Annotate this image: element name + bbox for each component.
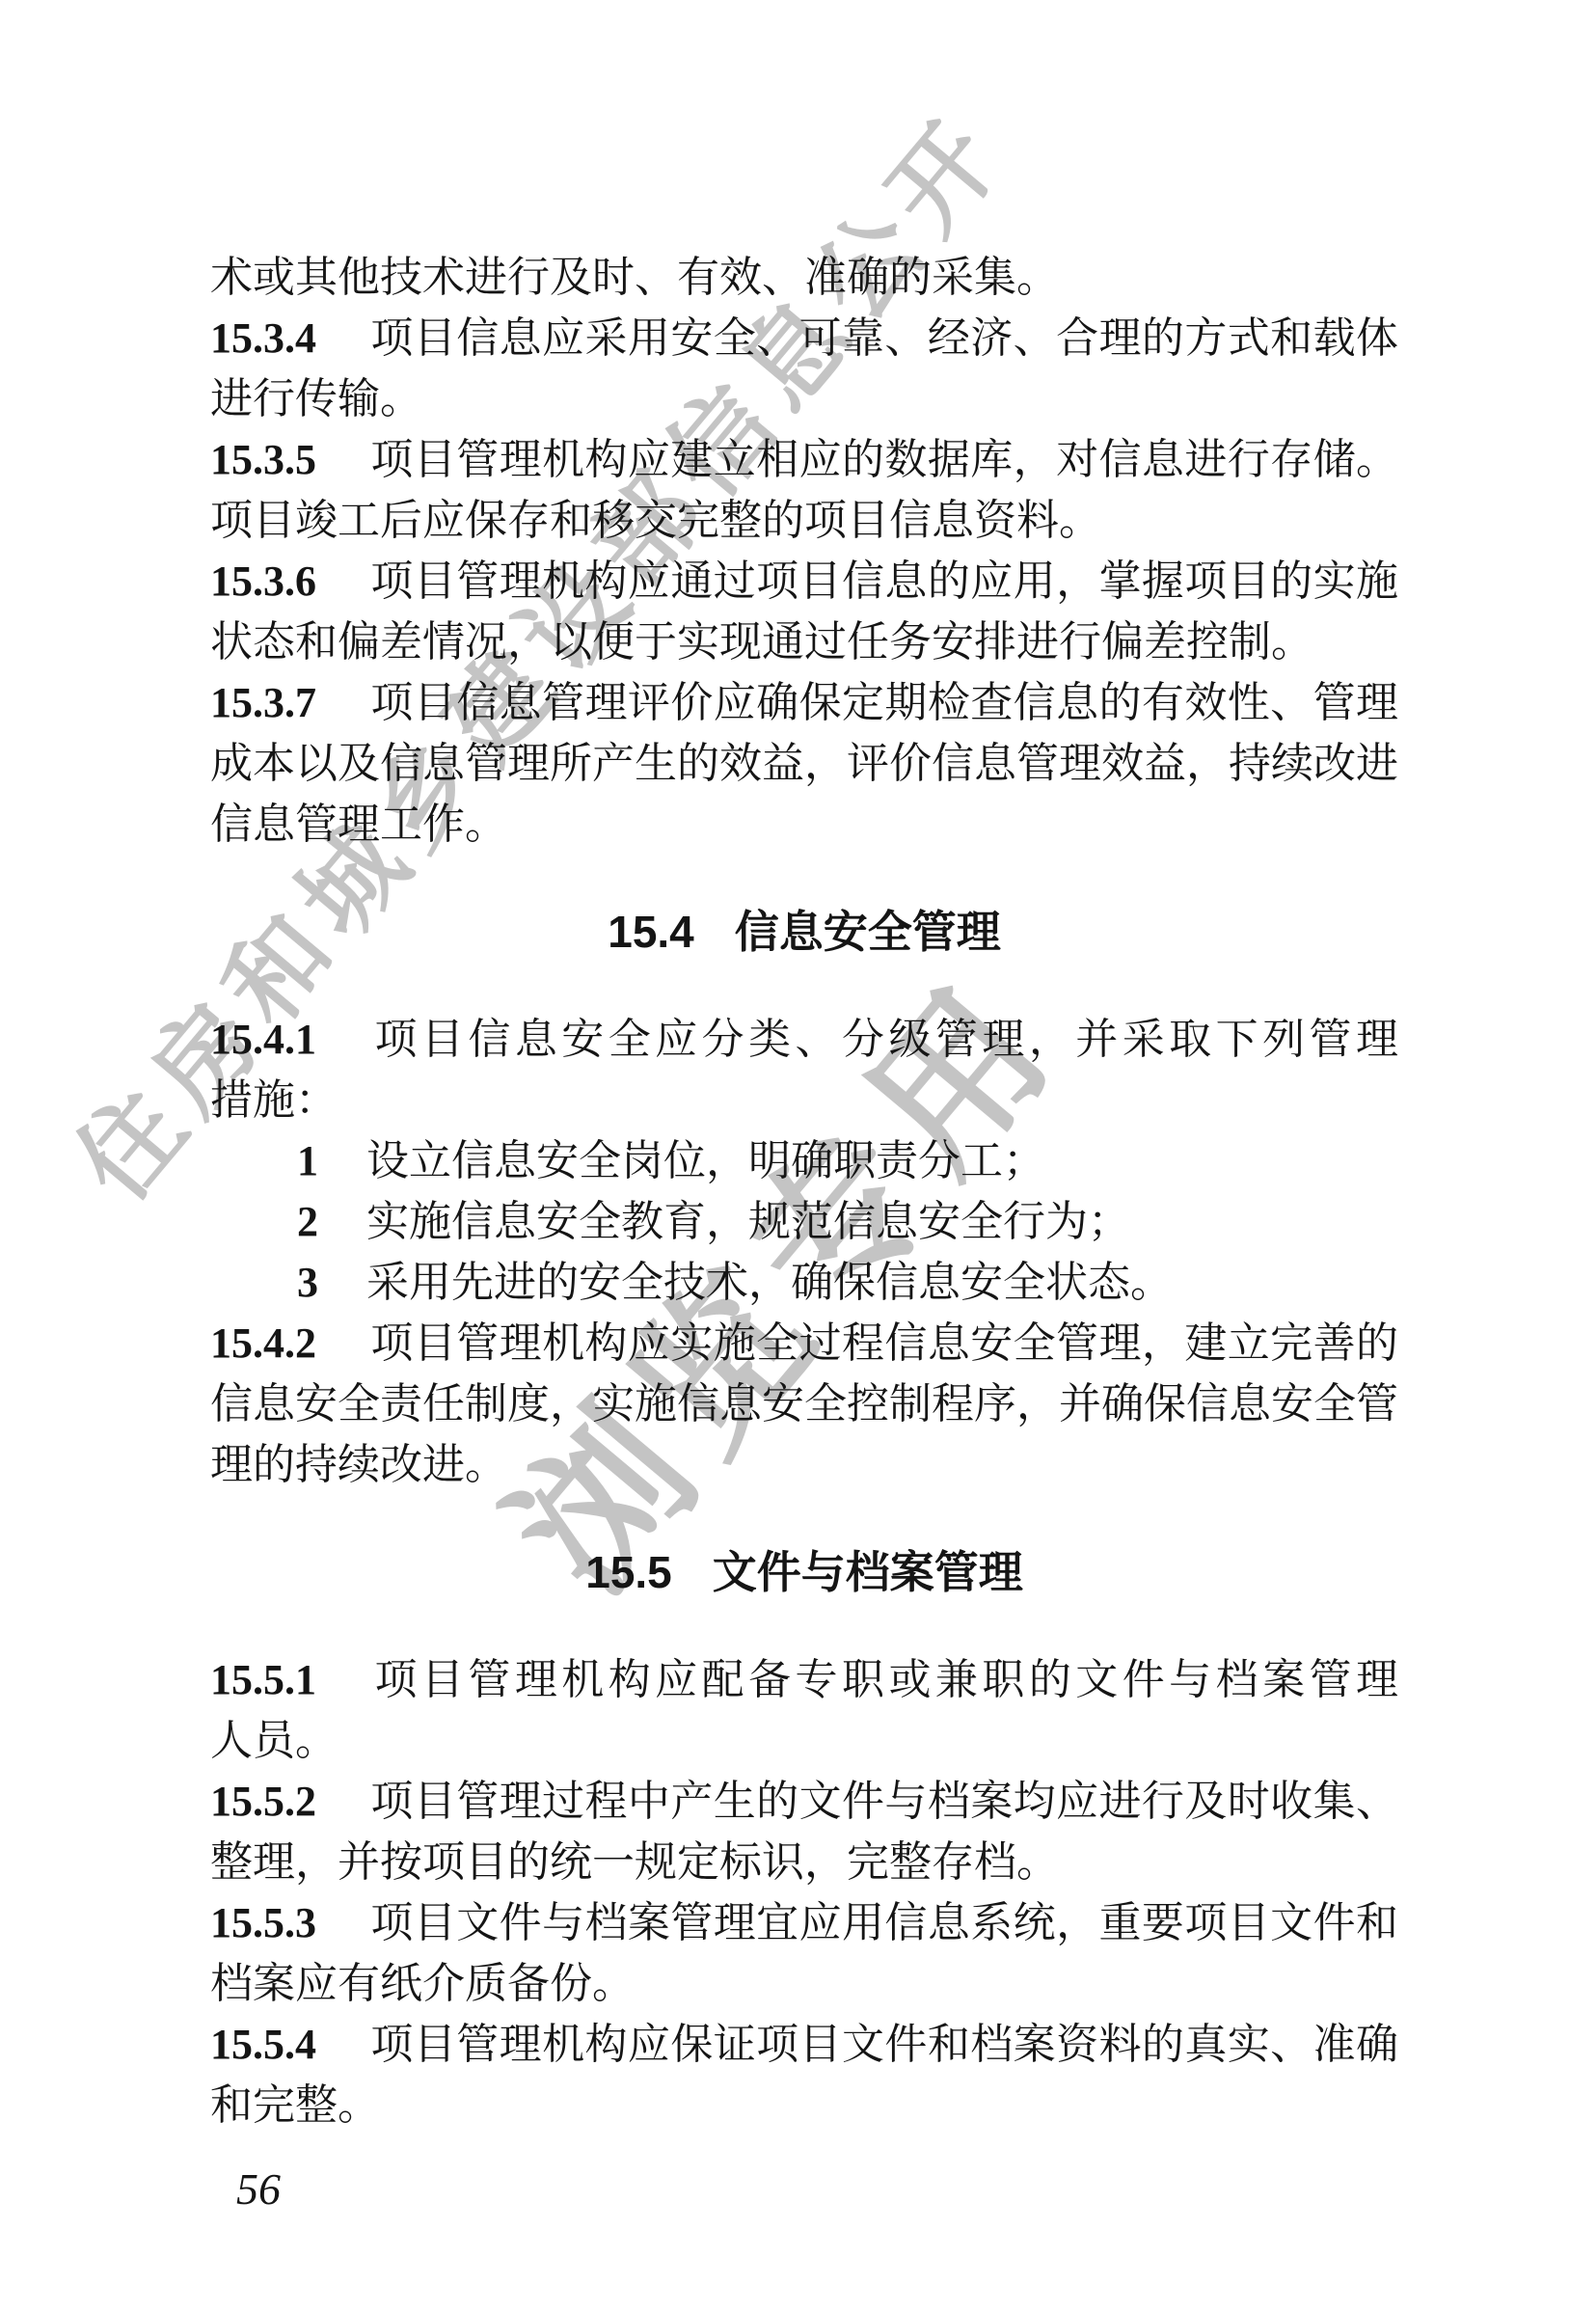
line-text: 项目管理机构应通过项目信息的应用，掌握项目的实施 bbox=[370, 557, 1398, 605]
line-text: 设立信息安全岗位，明确职责分工； bbox=[366, 1137, 1045, 1184]
text-line: 成本以及信息管理所产生的效益，评价信息管理效益，持续改进 bbox=[210, 733, 1398, 794]
line-text: 项目管理机构应配备专职或兼职的文件与档案管理 bbox=[370, 1656, 1398, 1703]
clause-number: 15.4.1 bbox=[210, 1016, 316, 1063]
line-text: 整理，并按项目的统一规定标识，完整存档。 bbox=[210, 1838, 1059, 1886]
clause-number: 15.3.5 bbox=[210, 436, 316, 483]
line-text: 和完整。 bbox=[210, 2081, 380, 2129]
document-content: 术或其他技术进行及时、有效、准确的采集。15.3.4项目信息应采用安全、可靠、经… bbox=[210, 247, 1398, 2219]
page-number: 56 bbox=[210, 2159, 1398, 2219]
clause-line: 15.5.3项目文件与档案管理宜应用信息系统，重要项目文件和 bbox=[210, 1892, 1398, 1953]
list-item-line: 1设立信息安全岗位，明确职责分工； bbox=[210, 1130, 1398, 1191]
item-number: 1 bbox=[297, 1137, 318, 1184]
text-line: 术或其他技术进行及时、有效、准确的采集。 bbox=[210, 247, 1398, 308]
line-text: 项目信息应采用安全、可靠、经济、合理的方式和载体 bbox=[370, 314, 1398, 362]
text-line: 档案应有纸介质备份。 bbox=[210, 1953, 1398, 2014]
section-heading: 15.4信息安全管理 bbox=[210, 855, 1398, 1009]
clause-number: 15.5.3 bbox=[210, 1899, 316, 1946]
section-heading-title: 文件与档案管理 bbox=[713, 1547, 1023, 1597]
clause-line: 15.5.2项目管理过程中产生的文件与档案均应进行及时收集、 bbox=[210, 1771, 1398, 1832]
line-text: 信息管理工作。 bbox=[210, 801, 507, 848]
clause-line: 15.3.6项目管理机构应通过项目信息的应用，掌握项目的实施 bbox=[210, 551, 1398, 612]
line-text: 成本以及信息管理所产生的效益，评价信息管理效益，持续改进 bbox=[210, 740, 1398, 787]
text-line: 人员。 bbox=[210, 1710, 1398, 1771]
clause-line: 15.3.4项目信息应采用安全、可靠、经济、合理的方式和载体 bbox=[210, 308, 1398, 368]
clause-number: 15.3.7 bbox=[210, 679, 316, 726]
section-heading-number: 15.5 bbox=[585, 1547, 672, 1597]
line-text: 项目信息安全应分类、分级管理，并采取下列管理 bbox=[370, 1016, 1398, 1063]
clause-line: 15.5.4项目管理机构应保证项目文件和档案资料的真实、准确 bbox=[210, 2014, 1398, 2075]
clause-number: 15.3.4 bbox=[210, 314, 316, 362]
line-text: 措施： bbox=[210, 1076, 338, 1124]
text-line: 状态和偏差情况，以便于实现通过任务安排进行偏差控制。 bbox=[210, 612, 1398, 672]
line-text: 采用先进的安全技术，确保信息安全状态。 bbox=[366, 1259, 1173, 1306]
clause-number: 15.4.2 bbox=[210, 1319, 316, 1367]
document-page: 住房和城乡建设部信息公开 浏览专用 术或其他技术进行及时、有效、准确的采集。15… bbox=[0, 0, 1596, 2311]
clause-number: 15.5.4 bbox=[210, 2021, 316, 2068]
section-heading-number: 15.4 bbox=[608, 907, 694, 957]
line-text: 实施信息安全教育，规范信息安全行为； bbox=[366, 1198, 1130, 1245]
document-lines: 术或其他技术进行及时、有效、准确的采集。15.3.4项目信息应采用安全、可靠、经… bbox=[210, 247, 1398, 2135]
text-line: 信息管理工作。 bbox=[210, 794, 1398, 855]
line-text: 项目管理机构应保证项目文件和档案资料的真实、准确 bbox=[370, 2021, 1398, 2068]
clause-line: 15.4.1项目信息安全应分类、分级管理，并采取下列管理 bbox=[210, 1009, 1398, 1070]
line-text: 项目管理机构应建立相应的数据库，对信息进行存储。 bbox=[370, 436, 1398, 483]
clause-number: 15.3.6 bbox=[210, 557, 316, 605]
text-line: 整理，并按项目的统一规定标识，完整存档。 bbox=[210, 1832, 1398, 1892]
list-item-line: 3采用先进的安全技术，确保信息安全状态。 bbox=[210, 1252, 1398, 1313]
item-number: 3 bbox=[297, 1259, 318, 1306]
text-line: 和完整。 bbox=[210, 2075, 1398, 2135]
section-heading: 15.5文件与档案管理 bbox=[210, 1495, 1398, 1649]
line-text: 信息安全责任制度，实施信息安全控制程序，并确保信息安全管 bbox=[210, 1380, 1398, 1427]
text-line: 项目竣工后应保存和移交完整的项目信息资料。 bbox=[210, 490, 1398, 551]
line-text: 进行传输。 bbox=[210, 375, 422, 422]
line-text: 项目管理过程中产生的文件与档案均应进行及时收集、 bbox=[370, 1778, 1398, 1825]
clause-line: 15.3.7项目信息管理评价应确保定期检查信息的有效性、管理 bbox=[210, 672, 1398, 733]
text-line: 进行传输。 bbox=[210, 368, 1398, 429]
item-number: 2 bbox=[297, 1198, 318, 1245]
list-item-line: 2实施信息安全教育，规范信息安全行为； bbox=[210, 1191, 1398, 1252]
text-line: 措施： bbox=[210, 1070, 1398, 1130]
text-line: 理的持续改进。 bbox=[210, 1434, 1398, 1495]
line-text: 人员。 bbox=[210, 1717, 338, 1764]
line-text: 状态和偏差情况，以便于实现通过任务安排进行偏差控制。 bbox=[210, 618, 1313, 666]
line-text: 档案应有纸介质备份。 bbox=[210, 1960, 635, 2007]
line-text: 项目文件与档案管理宜应用信息系统，重要项目文件和 bbox=[370, 1899, 1398, 1946]
text-line: 信息安全责任制度，实施信息安全控制程序，并确保信息安全管 bbox=[210, 1373, 1398, 1434]
clause-line: 15.3.5项目管理机构应建立相应的数据库，对信息进行存储。 bbox=[210, 429, 1398, 490]
line-text: 项目竣工后应保存和移交完整的项目信息资料。 bbox=[210, 497, 1101, 544]
clause-line: 15.4.2项目管理机构应实施全过程信息安全管理，建立完善的 bbox=[210, 1313, 1398, 1373]
clause-number: 15.5.2 bbox=[210, 1778, 316, 1825]
line-text: 理的持续改进。 bbox=[210, 1441, 507, 1488]
clause-number: 15.5.1 bbox=[210, 1656, 316, 1703]
clause-line: 15.5.1项目管理机构应配备专职或兼职的文件与档案管理 bbox=[210, 1649, 1398, 1710]
section-heading-title: 信息安全管理 bbox=[735, 907, 1001, 957]
line-text: 项目管理机构应实施全过程信息安全管理，建立完善的 bbox=[370, 1319, 1398, 1367]
line-text: 术或其他技术进行及时、有效、准确的采集。 bbox=[210, 254, 1059, 301]
line-text: 项目信息管理评价应确保定期检查信息的有效性、管理 bbox=[370, 679, 1398, 726]
